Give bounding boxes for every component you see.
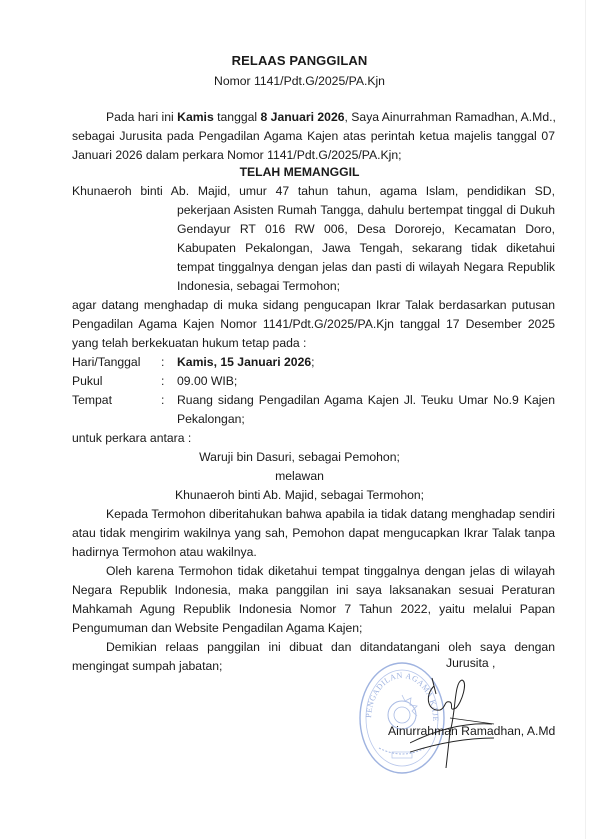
party-line: Indonesia, sebagai Termohon; bbox=[177, 279, 555, 293]
party-line: pekerjaan Asisten Rumah Tangga, dahulu b… bbox=[177, 203, 555, 217]
party-line: tempat tinggalnya dengan jelas dan pasti… bbox=[177, 260, 555, 274]
versus: melawan bbox=[0, 469, 599, 483]
applicant: Waruji bin Dasuri, sebagai Pemohon; bbox=[0, 450, 599, 464]
signer-role: Jurusita , bbox=[446, 656, 495, 670]
paragraph-opening-line-2: sebagai Jurusita pada Pengadilan Agama K… bbox=[72, 129, 555, 143]
respondent: Khunaeroh binti Ab. Majid, sebagai Termo… bbox=[0, 488, 599, 502]
publication-line: Negara Republik Indonesia, maka panggila… bbox=[72, 583, 555, 597]
case-number: Nomor 1141/Pdt.G/2025/PA.Kjn bbox=[0, 74, 599, 88]
closing-line: Demikian relaas panggilan ini dibuat dan… bbox=[106, 640, 555, 654]
publication-line: Oleh karena Termohon tidak diketahui tem… bbox=[106, 564, 555, 578]
party-line-1: Khunaeroh binti Ab. Majid, umur 47 tahun… bbox=[72, 184, 555, 198]
schedule-colon: : bbox=[161, 355, 164, 369]
case-intro: untuk perkara antara : bbox=[72, 431, 191, 445]
notice-line: Kepada Termohon diberitahukan bahwa apab… bbox=[106, 507, 555, 521]
summons-line: agar datang menghadap di muka sidang pen… bbox=[72, 298, 555, 312]
signature-icon bbox=[410, 672, 520, 772]
schedule-day-value: Kamis, 15 Januari 2026; bbox=[177, 355, 315, 369]
schedule-colon: : bbox=[161, 393, 164, 407]
publication-line: Mahkamah Agung Republik Indonesia Nomor … bbox=[72, 602, 555, 616]
document-title: RELAAS PANGGILAN bbox=[0, 53, 599, 68]
signer-name: Ainurrahman Ramadhan, A.Md bbox=[388, 724, 555, 738]
schedule-day-label: Hari/Tanggal bbox=[72, 355, 140, 369]
schedule-place-label: Tempat bbox=[72, 393, 112, 407]
paragraph-opening-line-3: Januari 2026 dalam perkara Nomor 1141/Pd… bbox=[72, 148, 555, 162]
schedule-place-value-cont: Pekalongan; bbox=[177, 412, 245, 426]
page-edge bbox=[585, 0, 586, 839]
summons-line: yang telah berkekuatan hukum tetap pada … bbox=[72, 336, 555, 350]
publication-line: Pengumuman dan Website Pengadilan Agama … bbox=[72, 621, 555, 635]
schedule-time-label: Pukul bbox=[72, 374, 103, 388]
schedule-time-value: 09.00 WIB; bbox=[177, 374, 237, 388]
party-line: Gendayur RT 016 RW 006, Desa Dororejo, K… bbox=[177, 222, 555, 236]
party-line: Kabupaten Pekalongan, Jawa Tengah, sekar… bbox=[177, 241, 555, 255]
notice-line: hadirnya Termohon atau wakilnya. bbox=[72, 545, 555, 559]
paragraph-opening-line-1: Pada hari ini Kamis tanggal 8 Januari 20… bbox=[106, 110, 555, 124]
summons-line: Pengadilan Agama Kajen Nomor 1141/Pdt.G/… bbox=[72, 317, 555, 331]
section-heading: TELAH MEMANGGIL bbox=[0, 165, 599, 179]
notice-line: atau tidak mengirim wakilnya yang sah, P… bbox=[72, 526, 555, 540]
schedule-place-value: Ruang sidang Pengadilan Agama Kajen Jl. … bbox=[177, 393, 555, 407]
schedule-colon: : bbox=[161, 374, 164, 388]
